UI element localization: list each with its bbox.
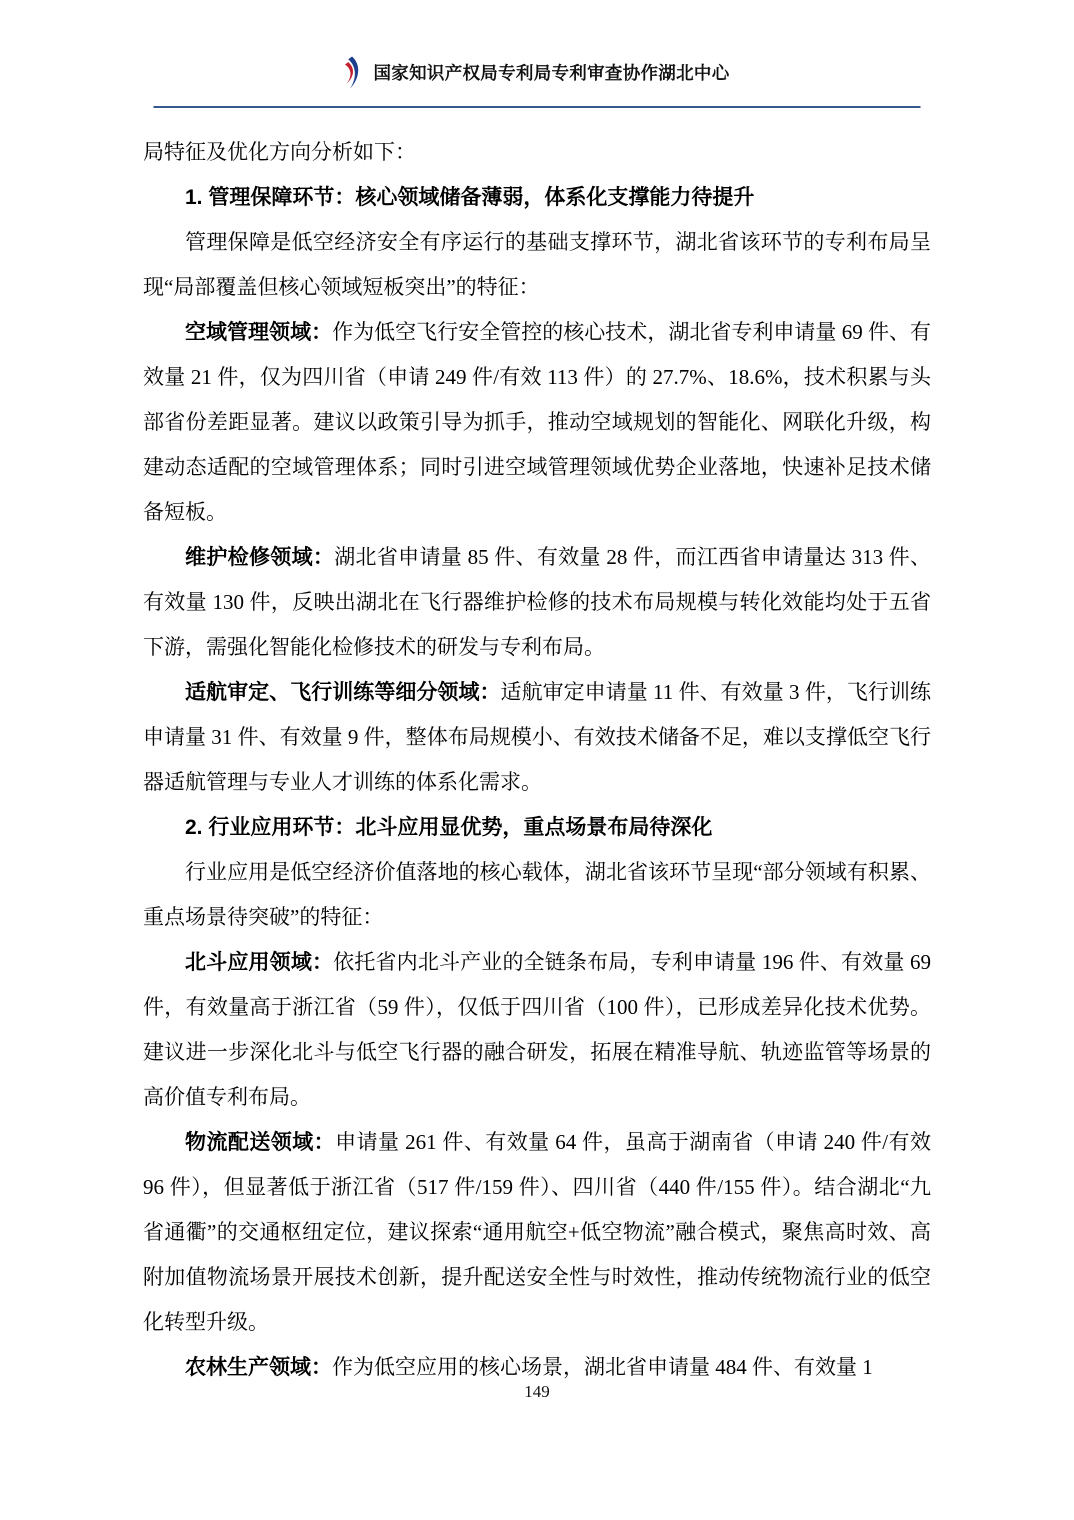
document-body: 局特征及优化方向分析如下：1. 管理保障环节：核心领域储备薄弱，体系化支撑能力待…	[143, 130, 931, 1390]
paragraph: 维护检修领域：湖北省申请量 85 件、有效量 28 件，而江西省申请量达 313…	[143, 535, 931, 670]
paragraph: 管理保障是低空经济安全有序运行的基础支撑环节，湖北省该环节的专利布局呈现“局部覆…	[143, 220, 931, 310]
paragraph-text: 作为低空应用的核心场景，湖北省申请量 484 件、有效量 1	[332, 1355, 873, 1379]
page-number: 149	[524, 1382, 550, 1401]
paragraph-lead: 农林生产领域：	[185, 1356, 332, 1379]
paragraph: 行业应用是低空经济价值落地的核心载体，湖北省该环节呈现“部分领域有积累、重点场景…	[143, 850, 931, 940]
paragraph: 物流配送领域：申请量 261 件、有效量 64 件，虽高于湖南省（申请 240 …	[143, 1120, 931, 1345]
paragraph: 2. 行业应用环节：北斗应用显优势，重点场景布局待深化	[143, 805, 931, 850]
paragraph: 局特征及优化方向分析如下：	[143, 130, 931, 175]
paragraph: 空域管理领域：作为低空飞行安全管控的核心技术，湖北省专利申请量 69 件、有效量…	[143, 310, 931, 535]
paragraph-text: 管理保障是低空经济安全有序运行的基础支撑环节，湖北省该环节的专利布局呈现“局部覆…	[143, 230, 931, 299]
paragraph-lead: 适航审定、飞行训练等细分领域：	[185, 681, 501, 704]
page-footer: 149	[0, 1382, 1074, 1402]
paragraph-lead: 1. 管理保障环节：核心领域储备薄弱，体系化支撑能力待提升	[185, 186, 754, 209]
paragraph-text: 作为低空飞行安全管控的核心技术，湖北省专利申请量 69 件、有效量 21 件，仅…	[143, 320, 931, 524]
paragraph-lead: 空域管理领域：	[185, 321, 332, 344]
paragraph: 1. 管理保障环节：核心领域储备薄弱，体系化支撑能力待提升	[143, 175, 931, 220]
paragraph-text: 局特征及优化方向分析如下：	[143, 140, 416, 164]
paragraph-lead: 2. 行业应用环节：北斗应用显优势，重点场景布局待深化	[185, 816, 712, 839]
paragraph-lead: 北斗应用领域：	[185, 951, 333, 974]
paragraph: 适航审定、飞行训练等细分领域：适航审定申请量 11 件、有效量 3 件，飞行训练…	[143, 670, 931, 805]
paragraph: 北斗应用领域：依托省内北斗产业的全链条布局，专利申请量 196 件、有效量 69…	[143, 940, 931, 1120]
page-header: 国家知识产权局专利局专利审查协作湖北中心	[154, 56, 921, 108]
paragraph-text: 申请量 261 件、有效量 64 件，虽高于湖南省（申请 240 件/有效 96…	[143, 1130, 931, 1334]
org-logo-icon	[345, 56, 362, 89]
paragraph-lead: 维护检修领域：	[185, 546, 334, 569]
paragraph-text: 行业应用是低空经济价值落地的核心载体，湖北省该环节呈现“部分领域有积累、重点场景…	[143, 860, 931, 929]
header-title: 国家知识产权局专利局专利审查协作湖北中心	[374, 60, 730, 85]
paragraph-lead: 物流配送领域：	[185, 1131, 335, 1154]
